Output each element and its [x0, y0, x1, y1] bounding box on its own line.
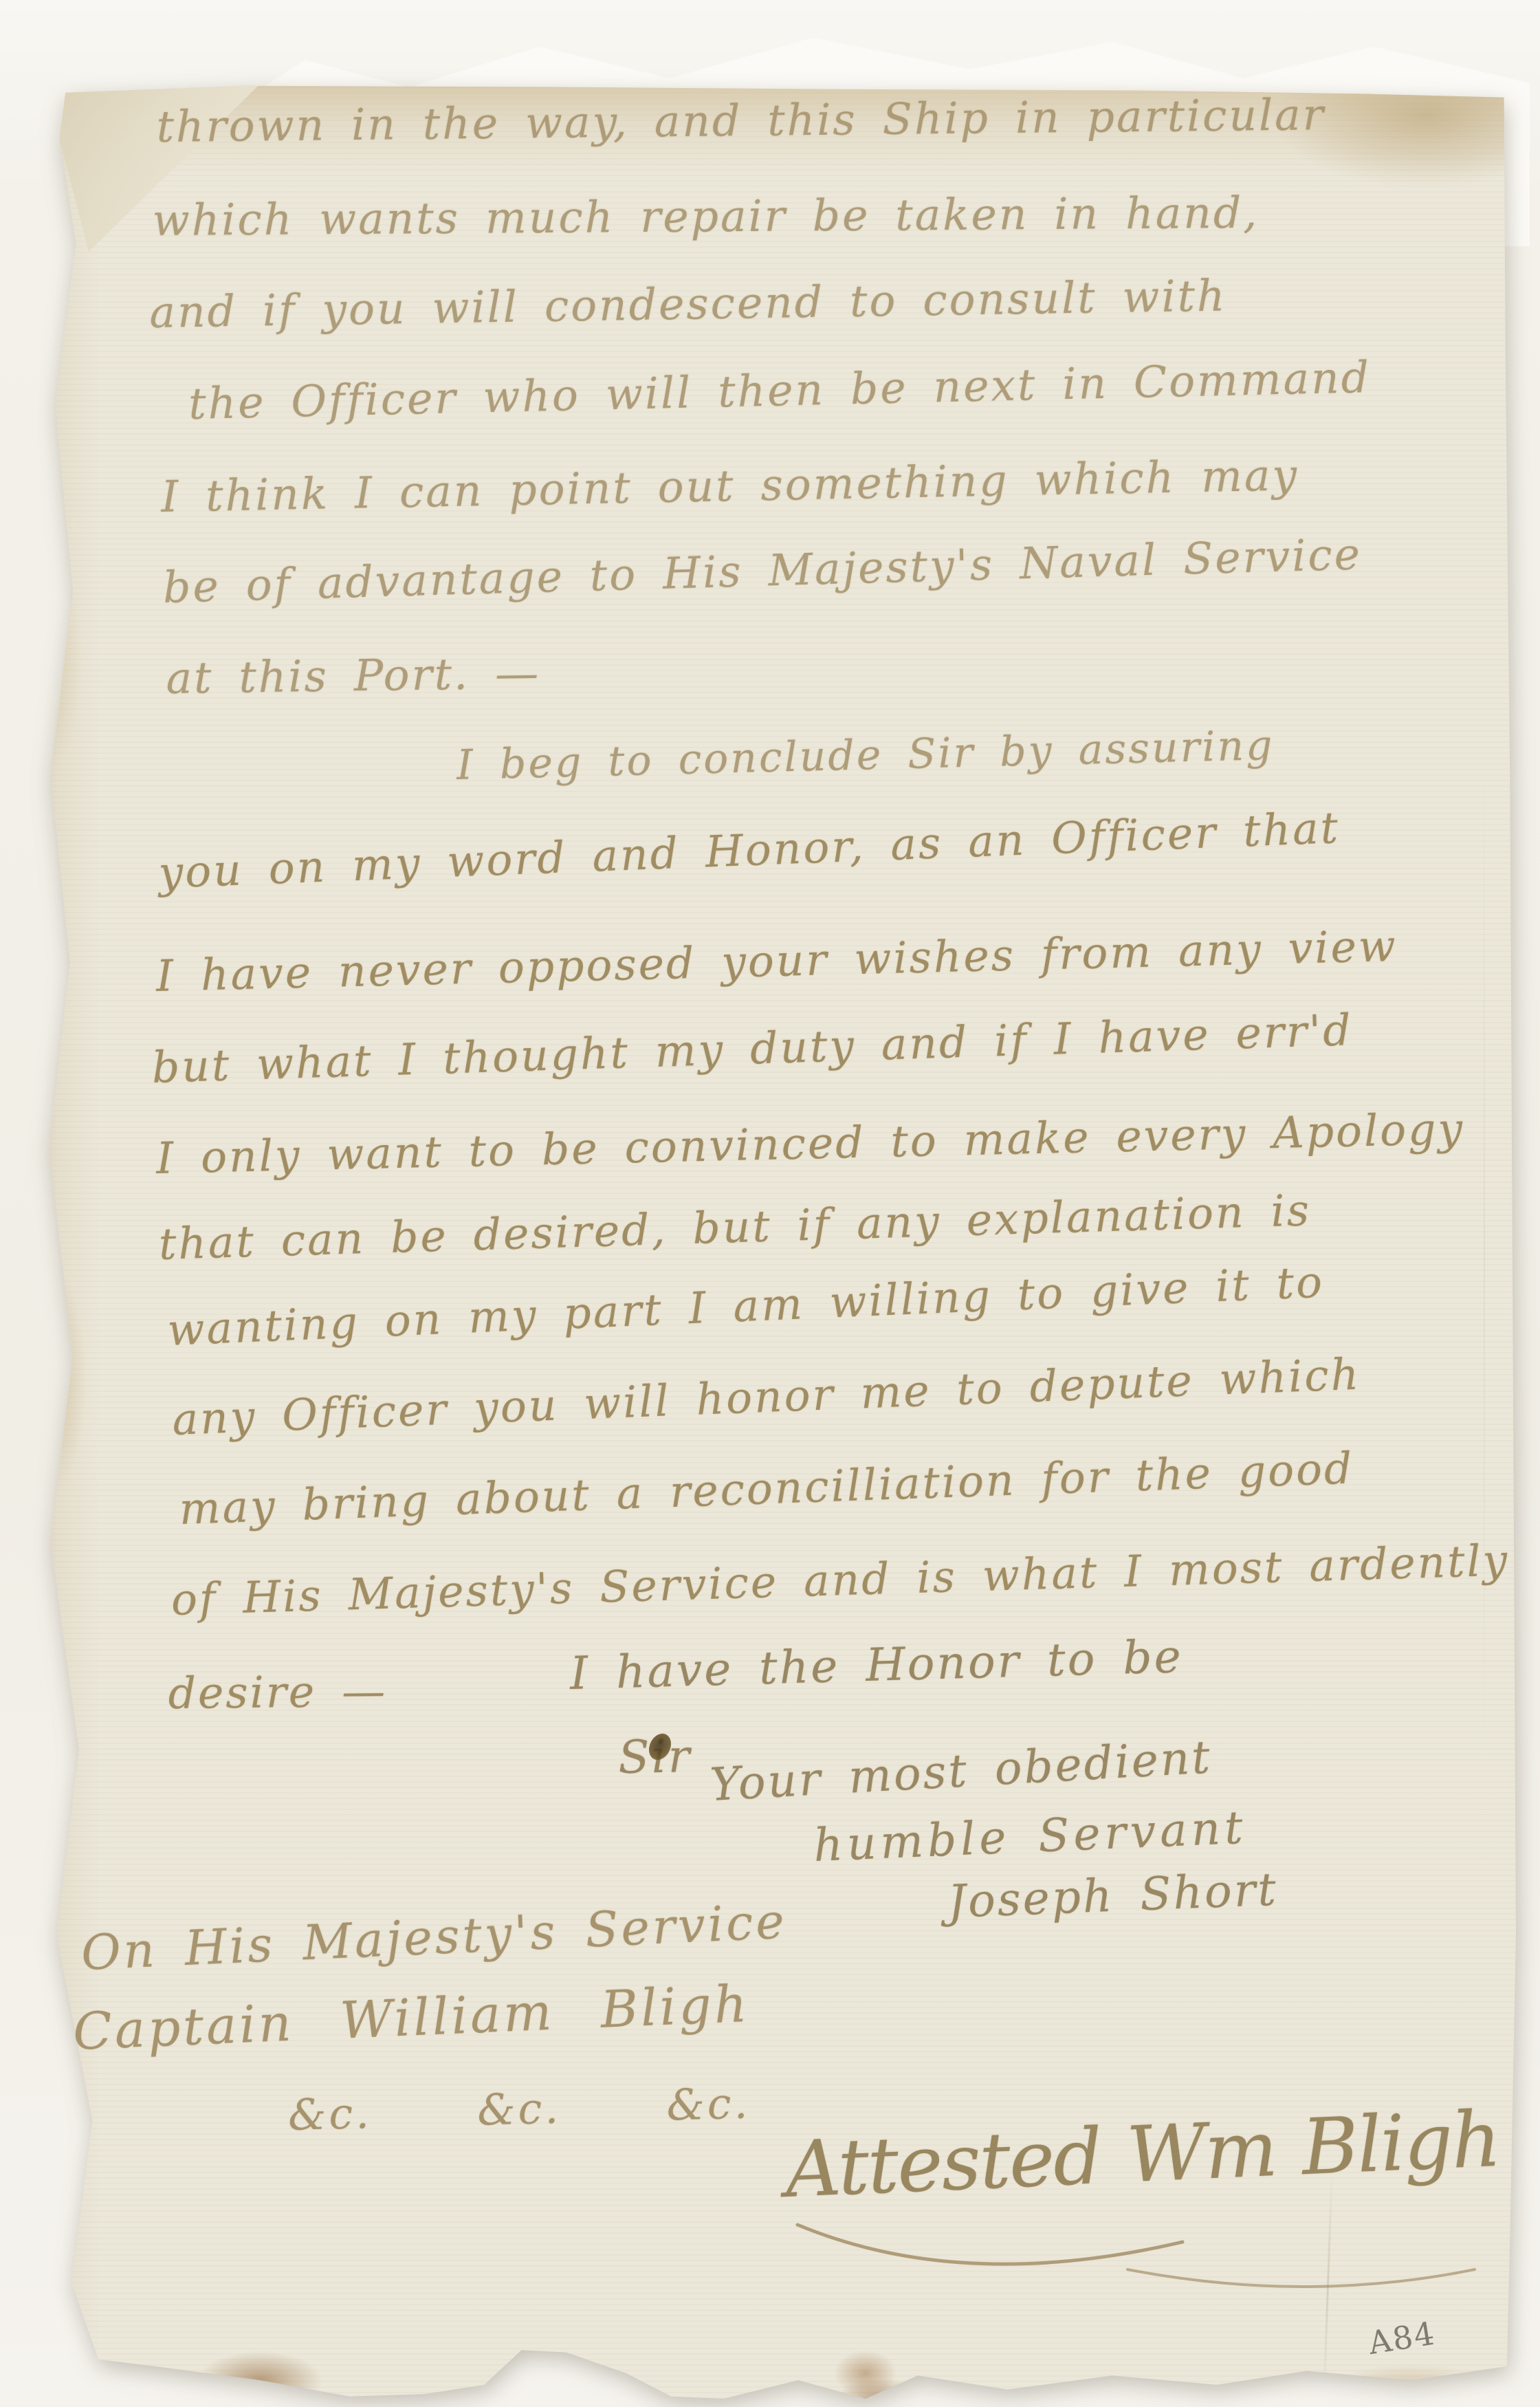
paper-chain-line — [1484, 734, 1485, 1766]
manuscript-line-18: desire — — [168, 1668, 387, 1718]
manuscript-line-7: at this Port. — — [166, 649, 540, 702]
photo-backdrop: thrown in the way, and this Ship in part… — [0, 0, 1540, 2407]
signature-flourish — [756, 2166, 1499, 2304]
manuscript-line-2: which wants much repair be taken in hand… — [153, 189, 1259, 245]
